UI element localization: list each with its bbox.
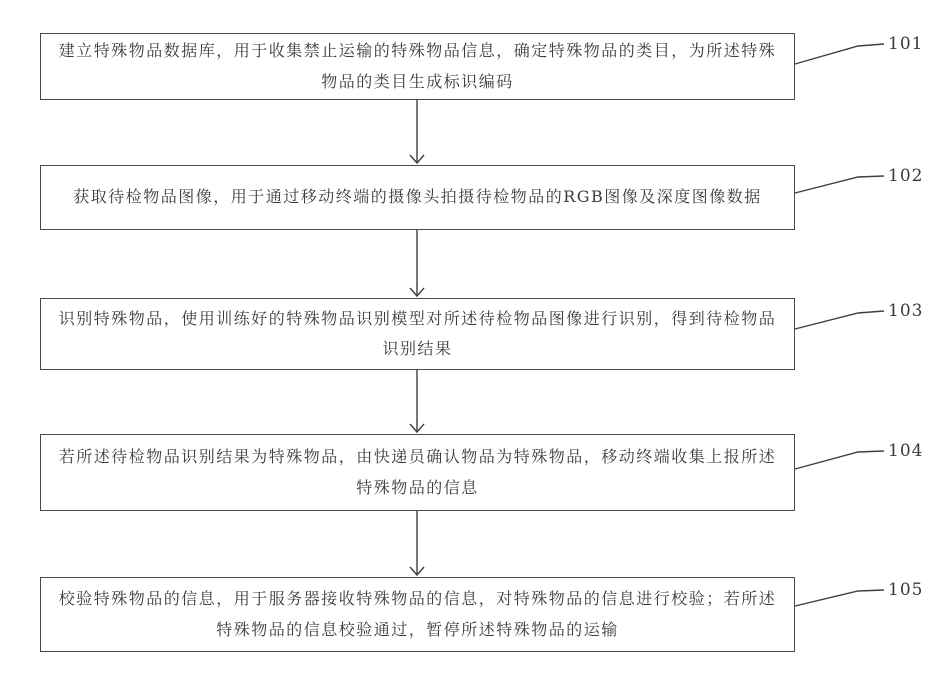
step-3-text: 识别特殊物品，使用训练好的特殊物品识别模型对所述待检物品图像进行识别，得到待检物…: [57, 304, 778, 365]
flowchart-step-4: 若所述待检物品识别结果为特殊物品，由快递员确认物品为特殊物品，移动终端收集上报所…: [40, 434, 795, 511]
flowchart-step-2: 获取待检物品图像，用于通过移动终端的摄像头拍摄待检物品的RGB图像及深度图像数据: [40, 165, 795, 230]
ref-label-103: 103: [888, 301, 936, 321]
flow-arrow-1-2: [410, 100, 424, 163]
step-4-text: 若所述待检物品识别结果为特殊物品，由快递员确认物品为特殊物品，移动终端收集上报所…: [57, 442, 778, 503]
flowchart-step-5: 校验特殊物品的信息，用于服务器接收特殊物品的信息，对特殊物品的信息进行校验；若所…: [40, 577, 795, 652]
flowchart-figure: 建立特殊物品数据库，用于收集禁止运输的特殊物品信息，确定特殊物品的类目，为所述特…: [0, 0, 941, 694]
leader-line-101: [795, 44, 884, 64]
ref-label-105: 105: [888, 580, 936, 600]
flow-arrow-3-4: [410, 370, 424, 432]
leader-line-102: [795, 176, 884, 193]
flowchart-step-1: 建立特殊物品数据库，用于收集禁止运输的特殊物品信息，确定特殊物品的类目，为所述特…: [40, 33, 795, 100]
flowchart-step-3: 识别特殊物品，使用训练好的特殊物品识别模型对所述待检物品图像进行识别，得到待检物…: [40, 298, 795, 370]
step-1-text: 建立特殊物品数据库，用于收集禁止运输的特殊物品信息，确定特殊物品的类目，为所述特…: [57, 36, 778, 97]
step-5-text: 校验特殊物品的信息，用于服务器接收特殊物品的信息，对特殊物品的信息进行校验；若所…: [57, 584, 778, 645]
flow-arrow-4-5: [410, 511, 424, 575]
flow-arrow-2-3: [410, 230, 424, 296]
ref-label-104: 104: [888, 441, 936, 461]
leader-line-105: [795, 590, 884, 606]
ref-label-101: 101: [888, 34, 936, 54]
ref-label-102: 102: [888, 166, 936, 186]
step-2-text: 获取待检物品图像，用于通过移动终端的摄像头拍摄待检物品的RGB图像及深度图像数据: [57, 182, 778, 212]
leader-line-104: [795, 451, 884, 469]
leader-line-103: [795, 311, 884, 329]
